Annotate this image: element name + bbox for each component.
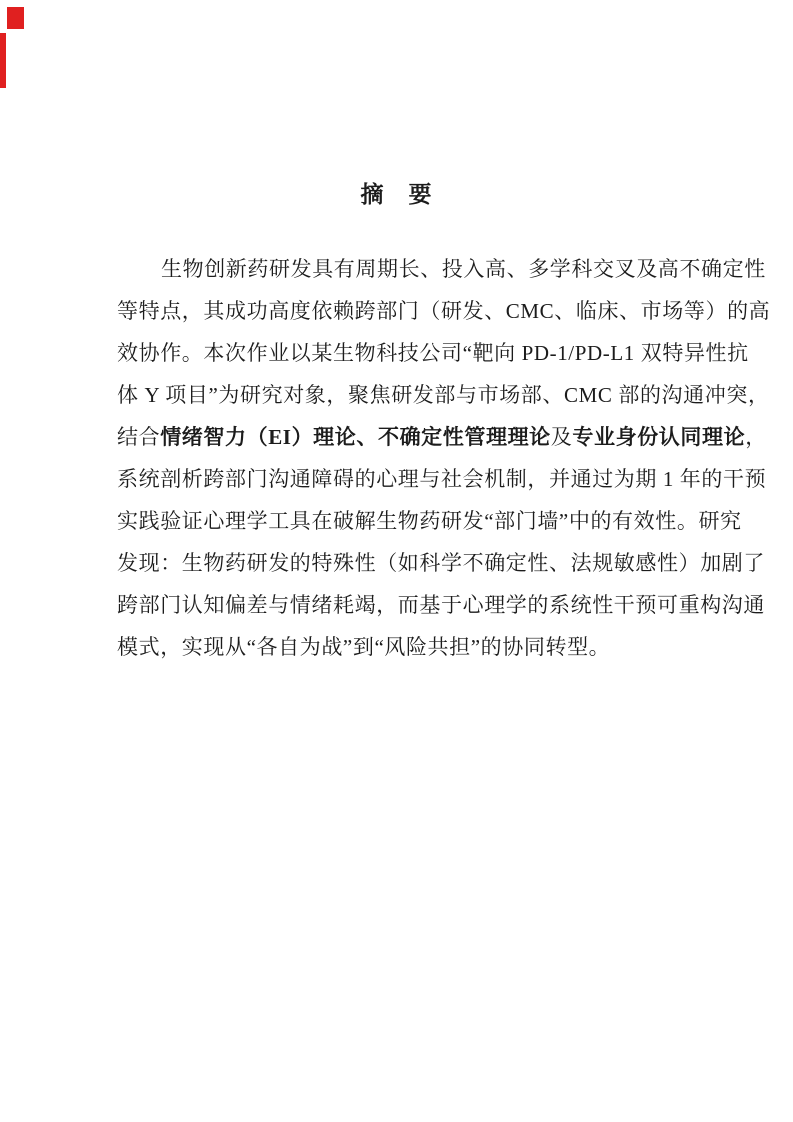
text-segment: 效协作。本次作业以某生物科技公司“靶向 PD-1/PD-L1 双特异性抗: [117, 341, 749, 365]
paragraph-line: 实践验证心理学工具在破解生物药研发“部门墙”中的有效性。研究: [117, 500, 679, 542]
paragraph-line: 模式，实现从“各自为战”到“风险共担”的协同转型。: [117, 626, 679, 668]
text-segment: 结合: [117, 425, 160, 449]
page-title: 摘 要: [0, 180, 793, 210]
text-segment: 模式，实现从“各自为战”到“风险共担”的协同转型。: [117, 635, 610, 659]
text-segment: 等特点，其成功高度依赖跨部门（研发、CMC、临床、市场等）的高: [117, 299, 770, 323]
text-segment: 及: [551, 425, 573, 449]
paragraph-line: 系统剖析跨部门沟通障碍的心理与社会机制，并通过为期 1 年的干预: [117, 458, 679, 500]
paragraph-line: 体 Y 项目”为研究对象，聚焦研发部与市场部、CMC 部的沟通冲突，: [117, 374, 679, 416]
paragraph-line: 跨部门认知偏差与情绪耗竭，而基于心理学的系统性干预可重构沟通: [117, 584, 679, 626]
text-segment: 体 Y 项目”为研究对象，聚焦研发部与市场部、CMC 部的沟通冲突，: [117, 383, 770, 407]
abstract-paragraph: 生物创新药研发具有周期长、投入高、多学科交叉及高不确定性等特点，其成功高度依赖跨…: [117, 248, 679, 668]
text-segment: ，: [745, 425, 767, 449]
red-bar-mark: [0, 33, 6, 88]
paragraph-line: 结合情绪智力（EI）理论、不确定性管理理论及专业身份认同理论，: [117, 416, 679, 458]
text-segment: 生物创新药研发具有周期长、投入高、多学科交叉及高不确定性: [161, 257, 766, 281]
paragraph-line: 发现：生物药研发的特殊性（如科学不确定性、法规敏感性）加剧了: [117, 542, 679, 584]
document-page: 摘 要 生物创新药研发具有周期长、投入高、多学科交叉及高不确定性等特点，其成功高…: [0, 0, 793, 1122]
bold-text-segment: 专业身份认同理论: [572, 425, 745, 449]
text-segment: 系统剖析跨部门沟通障碍的心理与社会机制，并通过为期 1 年的干预: [117, 467, 766, 491]
paragraph-line: 生物创新药研发具有周期长、投入高、多学科交叉及高不确定性: [117, 248, 679, 290]
text-segment: 跨部门认知偏差与情绪耗竭，而基于心理学的系统性干预可重构沟通: [117, 593, 765, 617]
bold-text-segment: 情绪智力（EI）理论、不确定性管理理论: [160, 425, 551, 449]
text-segment: 实践验证心理学工具在破解生物药研发“部门墙”中的有效性。研究: [117, 509, 742, 533]
paragraph-line: 效协作。本次作业以某生物科技公司“靶向 PD-1/PD-L1 双特异性抗: [117, 332, 679, 374]
paragraph-line: 等特点，其成功高度依赖跨部门（研发、CMC、临床、市场等）的高: [117, 290, 679, 332]
text-segment: 发现：生物药研发的特殊性（如科学不确定性、法规敏感性）加剧了: [117, 551, 765, 575]
red-square-mark: [7, 7, 24, 29]
